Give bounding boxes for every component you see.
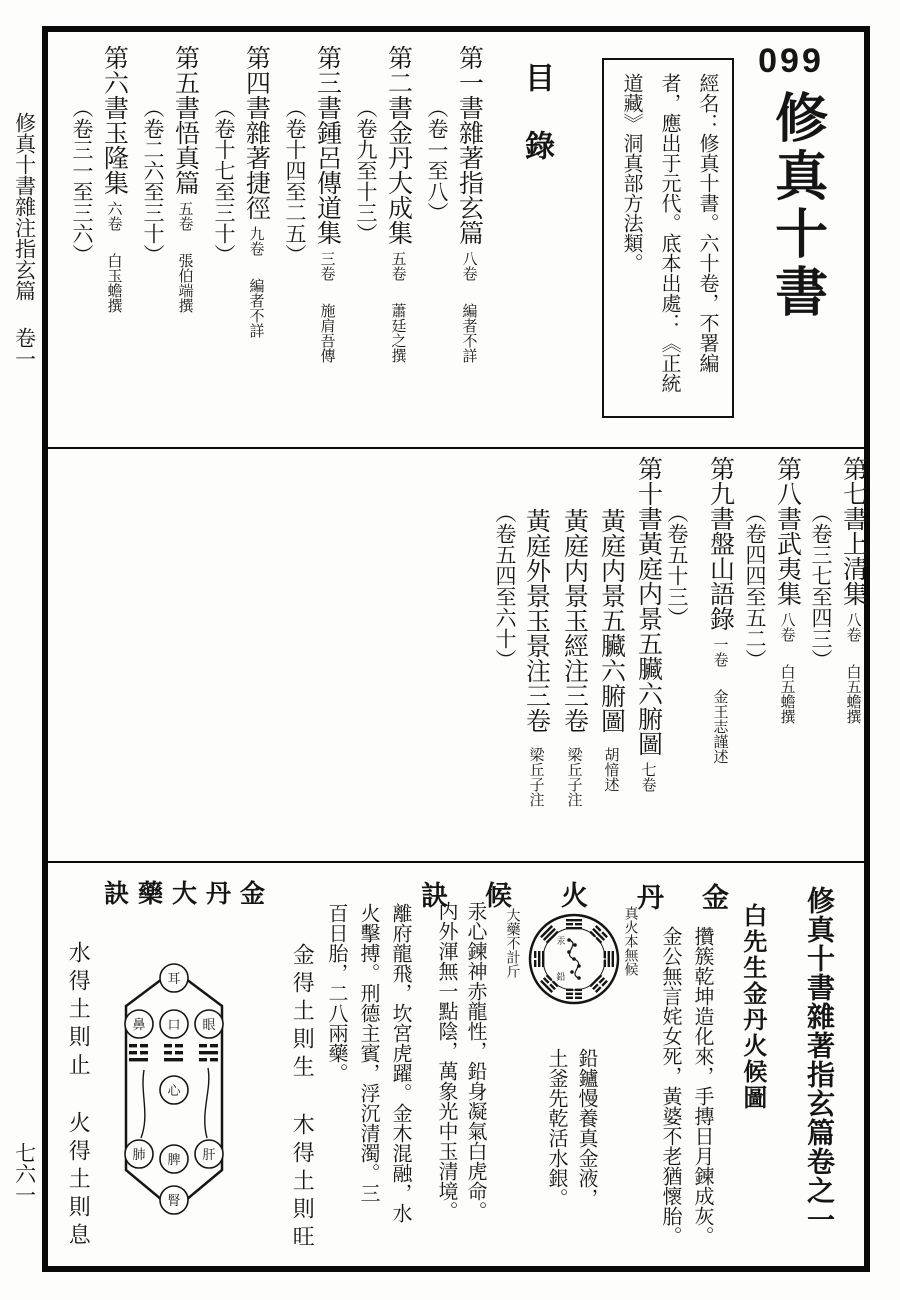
- organ-lung: 肺: [132, 1147, 145, 1162]
- toc-entry-4-author: 編者不詳: [247, 256, 263, 338]
- page-number: 七六一: [13, 1142, 36, 1205]
- section-divider-1: [48, 447, 864, 449]
- toc-entry-2-range: （卷九至十三）: [355, 97, 377, 244]
- organ-spleen: 脾: [167, 1152, 180, 1167]
- chapter-title: 修真十書雜著指玄篇卷之一: [803, 886, 833, 1234]
- trigram-under-nose: [129, 1044, 148, 1061]
- toc-entry-6-range: （卷三一至三六）: [71, 97, 93, 265]
- toc-entry-3: 第三書鍾呂傳道集三卷施肩吾傳: [313, 45, 340, 363]
- toc-entry-6-title: 第六書玉隆集: [101, 45, 128, 195]
- hou-verse-line2: 内外渾無一點陰，萬象光中玉清境。: [434, 901, 457, 1221]
- toc-entry-9: 第九書盤山語錄一卷金王志謹述: [706, 456, 733, 764]
- organ-liver: 肝: [202, 1147, 215, 1162]
- toc-entry-8-range: （卷四四至五二）: [744, 502, 766, 670]
- toc-entry-5-author: 張伯端撰: [176, 231, 192, 313]
- toc-subentry-3-author: 梁丘子注: [527, 733, 543, 807]
- metal-earth-phrase: 金得土則生: [290, 943, 314, 1083]
- hou-verse-line1: 汞心鍊神赤龍性，鉛身凝氣白虎命。: [463, 901, 486, 1221]
- wood-earth-phrase: 木得土則旺: [290, 1113, 314, 1253]
- spine-title-column: 修真十書雜注指玄篇卷一: [13, 112, 36, 369]
- toc-entry-6: 第六書玉隆集六卷白玉蟾撰: [100, 45, 127, 313]
- book-title: 修真十書: [768, 90, 824, 322]
- section-head-dan: 丹: [637, 876, 664, 915]
- toc-entry-10-volumes: 七卷: [639, 756, 655, 792]
- spine-volume: 卷一: [13, 301, 36, 369]
- section-head-huo: 火: [561, 874, 588, 913]
- toc-entry-7-volumes: 八卷: [844, 606, 860, 642]
- toc-entry-9-author: 金王志謹述: [711, 667, 727, 764]
- toc-entry-5-title: 第五書悟真篇: [172, 45, 199, 195]
- toc-entry-8-title: 第八書武夷集: [774, 456, 801, 606]
- toc-entry-4-volumes: 九卷: [247, 220, 263, 256]
- dan-note: 真火本無候: [621, 906, 639, 976]
- toc-entry-3-range: （卷十四至二五）: [284, 97, 306, 265]
- section-divider-2: [48, 861, 864, 863]
- toc-entry-4-title: 第四書雜著捷徑: [243, 45, 270, 220]
- toc-entry-2-title: 第二書金丹大成集: [385, 45, 412, 245]
- toc-subentry-1-author: 胡愔述: [602, 733, 618, 792]
- diagram-title: 訣藥大丹金: [104, 874, 274, 910]
- toc-entry-2: 第二書金丹大成集五卷蕭廷之撰: [384, 45, 411, 363]
- toc-entry-1: 第一書雜著指玄篇八卷編者不詳: [455, 45, 482, 363]
- toc-entry-1-volumes: 八卷: [460, 245, 476, 281]
- toc-subentry-2-title: 黃庭内景玉經注三卷: [561, 508, 588, 733]
- organ-eye: 眼: [202, 1017, 215, 1032]
- toc-entry-3-author: 施肩吾傳: [318, 281, 334, 363]
- spine-title: 修真十書雜注指玄篇: [13, 112, 37, 301]
- water-earth-phrase: 水得土則止: [66, 941, 90, 1081]
- toc-entry-6-volumes: 六卷: [105, 195, 121, 231]
- organ-mouth: 口: [167, 1017, 180, 1032]
- section-head-jue: 訣: [421, 874, 448, 913]
- toc-subentry-2: 黃庭内景玉經注三卷梁丘子注: [560, 508, 587, 807]
- toc-entry-5: 第五書悟真篇五卷張伯端撰: [171, 45, 198, 313]
- toc-entry-9-range: （卷五十三）: [666, 502, 688, 628]
- toc-final-range: （卷五四至六十）: [494, 502, 516, 670]
- toc-entry-10-title: 第十書黃庭内景五臟六腑圖: [635, 456, 662, 756]
- jue-verse-line2: 火擊搏。刑德主賓，浮沉清濁。三: [356, 903, 379, 1203]
- figure-title: 白先生金丹火候圖: [738, 903, 764, 1111]
- toc-entry-1-title: 第一書雜著指玄篇: [456, 45, 483, 245]
- huo-note: 大藥不計斤: [503, 908, 521, 978]
- toc-entry-7: 第七書上清集八卷白五蟾撰: [839, 456, 866, 724]
- section-head-hou: 候: [485, 874, 512, 913]
- section-head-jin: 金: [702, 876, 729, 915]
- edition-note-box: 經名：修真十書。六十卷，不署編者，應出于元代。底本出處：《正統道藏》洞真部方法類…: [602, 58, 734, 418]
- seal-label-mercury: 汞: [556, 936, 565, 946]
- toc-subentry-1-title: 黃庭内景五臟六腑圖: [598, 508, 625, 733]
- toc-entry-8-volumes: 八卷: [778, 606, 794, 642]
- toc-heading: 目錄: [514, 62, 558, 198]
- toc-entry-1-author: 編者不詳: [460, 281, 476, 363]
- trigram-under-mouth: [164, 1044, 183, 1061]
- seal-dots: [567, 938, 581, 980]
- toc-entry-3-volumes: 三卷: [318, 245, 334, 281]
- toc-entry-4-range: （卷十七至三十）: [213, 97, 235, 265]
- organ-ear: 耳: [167, 971, 180, 986]
- toc-subentry-2-author: 梁丘子注: [565, 733, 581, 807]
- toc-subentry-3-title: 黃庭外景玉景注三卷: [523, 508, 550, 733]
- toc-entry-1-range: （卷一至八）: [426, 97, 448, 223]
- toc-entry-7-title: 第七書上清集: [840, 456, 867, 606]
- toc-entry-9-volumes: 一卷: [711, 631, 727, 667]
- trigram-under-eye: [199, 1044, 218, 1061]
- toc-entry-2-volumes: 五卷: [389, 245, 405, 281]
- toc-entry-10: 第十書黃庭内景五臟六腑圖七卷: [634, 456, 661, 792]
- toc-entry-9-title: 第九書盤山語錄: [707, 456, 734, 631]
- toc-entry-5-range: （卷二六至三十）: [142, 97, 164, 265]
- toc-entry-3-title: 第三書鍾呂傳道集: [314, 45, 341, 245]
- jue-verse-line3: 百日胎，二八兩藥。: [324, 903, 347, 1083]
- great-elixir-body-diagram: 耳 鼻 口 眼 心 肺 脾 肝 腎: [114, 962, 234, 1220]
- toc-entry-8: 第八書武夷集八卷白五蟾撰: [773, 456, 800, 724]
- jin-verse-line2: 金公無言姹女死，黃婆不老猶懷胎。: [658, 926, 681, 1246]
- toc-subentry-3: 黃庭外景玉景注三卷梁丘子注: [522, 508, 549, 807]
- toc-entry-8-author: 白五蟾撰: [778, 642, 794, 724]
- trigram-icons: [129, 1044, 218, 1061]
- dan-verse-line1: 鉛鑪慢養真金液，: [574, 1048, 597, 1208]
- jue-verse-line1: 離府龍飛，坎宮虎躍。金木混融，水: [388, 903, 411, 1223]
- fire-phases-seal-diagram: 汞 鉛: [527, 912, 621, 1006]
- toc-entry-5-volumes: 五卷: [176, 195, 192, 231]
- organ-kidney: 腎: [167, 1193, 180, 1208]
- toc-entry-2-author: 蕭廷之撰: [389, 281, 405, 363]
- organ-heart: 心: [167, 1083, 181, 1098]
- fire-earth-phrase: 火得土則息: [66, 1111, 90, 1251]
- toc-entry-6-author: 白玉蟾撰: [105, 231, 121, 313]
- toc-entry-7-author: 白五蟾撰: [844, 642, 860, 724]
- jin-verse-line1: 攢簇乾坤造化來，手摶日月鍊成灰。: [690, 926, 713, 1246]
- dan-verse-line2: 土釜先乾活水銀。: [544, 1048, 567, 1208]
- toc-entry-7-range: （卷三七至四三）: [810, 502, 832, 670]
- toc-entry-4: 第四書雜著捷徑九卷編者不詳: [242, 45, 269, 338]
- toc-subentry-1: 黃庭内景五臟六腑圖胡愔述: [597, 508, 624, 792]
- organ-nose: 鼻: [132, 1017, 145, 1032]
- seal-label-lead: 鉛: [556, 972, 565, 982]
- canon-number: 099: [748, 42, 834, 81]
- scanned-book-page: 修真十書雜注指玄篇卷一 七六一 099 修真十書 經名：修真十書。六十卷，不署編…: [0, 0, 900, 1300]
